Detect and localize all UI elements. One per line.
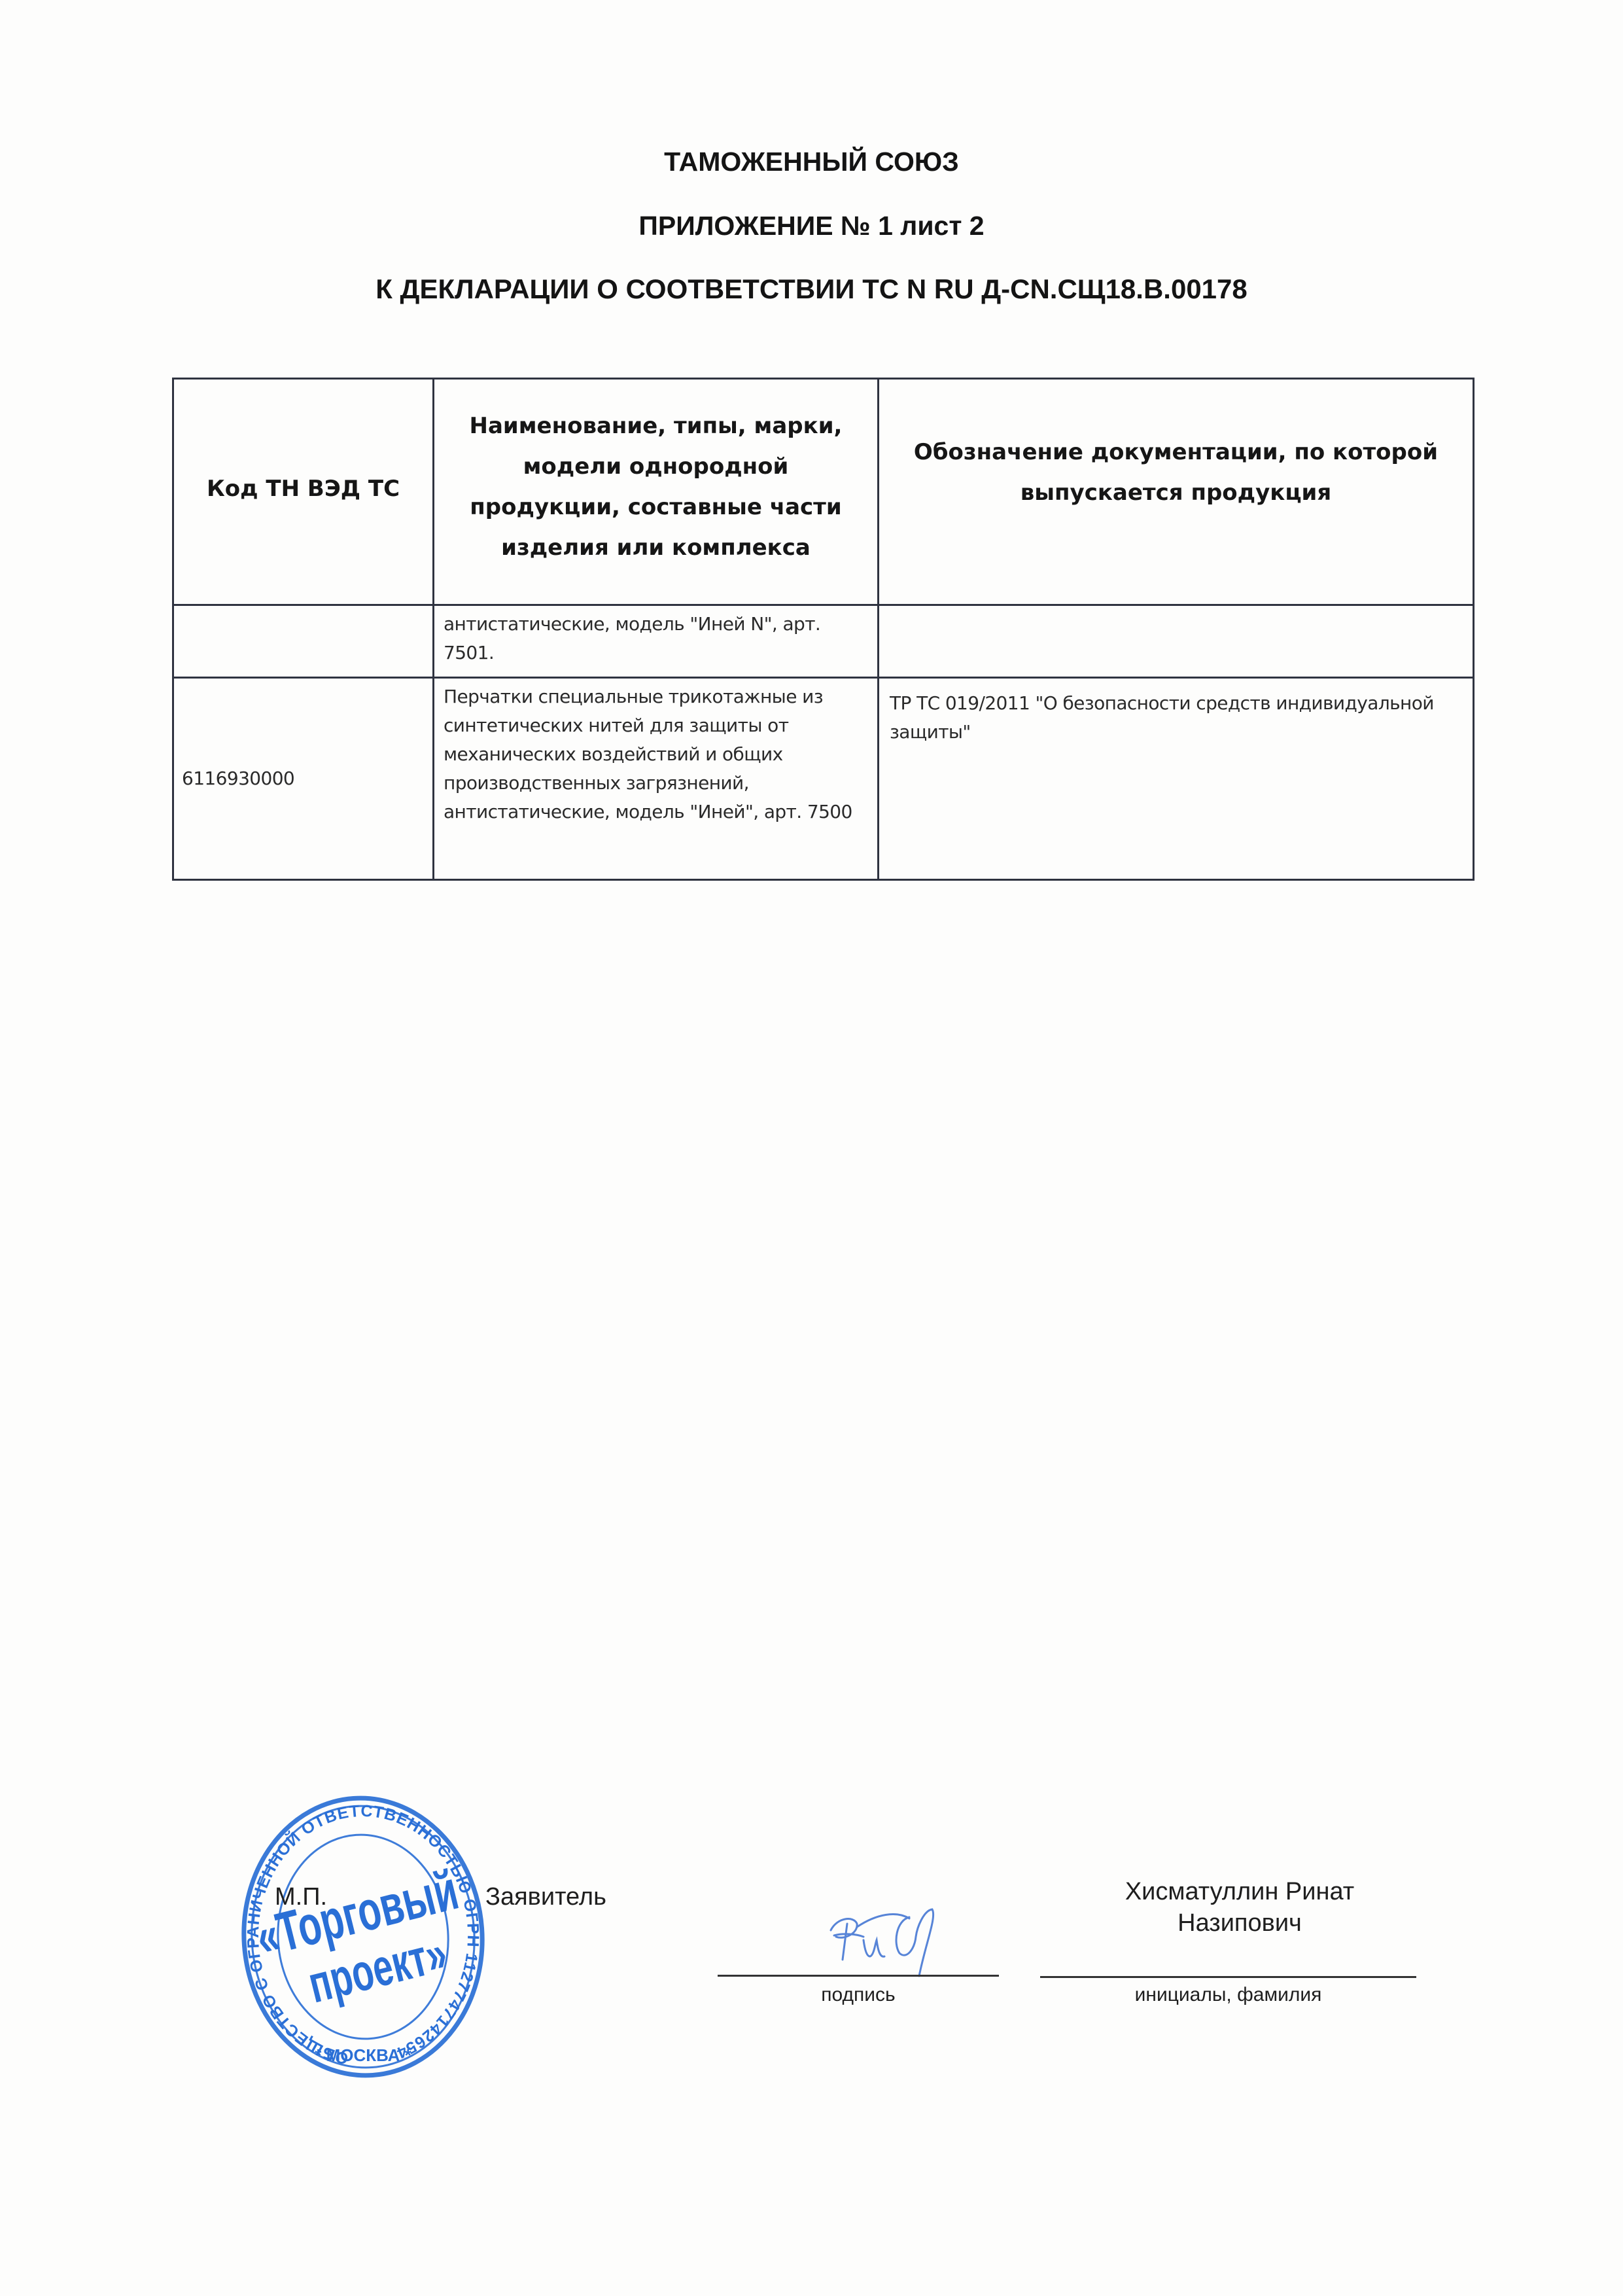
seal-place-label: М.П. [275, 1883, 327, 1911]
applicant-name-line1: Хисматуллин Ринат [1083, 1876, 1397, 1907]
company-seal-stamp: ОБЩЕСТВО С ОГРАНИЧЕННОЙ ОТВЕТСТВЕННОСТЬЮ… [239, 1793, 487, 2081]
title-annex-sheet: ПРИЛОЖЕНИЕ № 1 лист 2 [0, 211, 1623, 241]
applicant-name: Хисматуллин Ринат Назипович [1083, 1876, 1397, 1939]
signature-line [718, 1975, 999, 1977]
signature-caption: подпись [718, 1984, 999, 2006]
svg-text:* МОСКВА *: * МОСКВА * [315, 2045, 411, 2065]
cell-code [173, 605, 434, 678]
table-row: 6116930000 Перчатки специальные трикотаж… [173, 678, 1474, 880]
table-row: антистатические, модель "Иней N", арт. 7… [173, 605, 1474, 678]
handwritten-signature [818, 1904, 949, 1983]
column-header-code: Код ТН ВЭД ТС [173, 379, 434, 605]
cell-code: 6116930000 [173, 678, 434, 880]
table-header-row: Код ТН ВЭД ТС Наименование, типы, марки,… [173, 379, 1474, 605]
name-line [1040, 1976, 1416, 1978]
title-declaration-number: К ДЕКЛАРАЦИИ О СООТВЕТСТВИИ ТС N RU Д-CN… [0, 274, 1623, 305]
cell-documentation [879, 605, 1474, 678]
applicant-name-line2: Назипович [1083, 1907, 1397, 1939]
column-header-documentation: Обозначение документации, по которой вып… [879, 379, 1474, 605]
cell-documentation: ТР ТС 019/2011 "О безопасности средств и… [879, 678, 1474, 880]
name-caption: инициалы, фамилия [1040, 1984, 1416, 2006]
title-customs-union: ТАМОЖЕННЫЙ СОЮЗ [0, 147, 1623, 177]
cell-product: Перчатки специальные трикотажные из синт… [434, 678, 879, 880]
products-table: Код ТН ВЭД ТС Наименование, типы, марки,… [172, 378, 1475, 881]
column-header-product: Наименование, типы, марки, модели одноро… [434, 379, 879, 605]
cell-product: антистатические, модель "Иней N", арт. 7… [434, 605, 879, 678]
applicant-label: Заявитель [485, 1883, 606, 1911]
